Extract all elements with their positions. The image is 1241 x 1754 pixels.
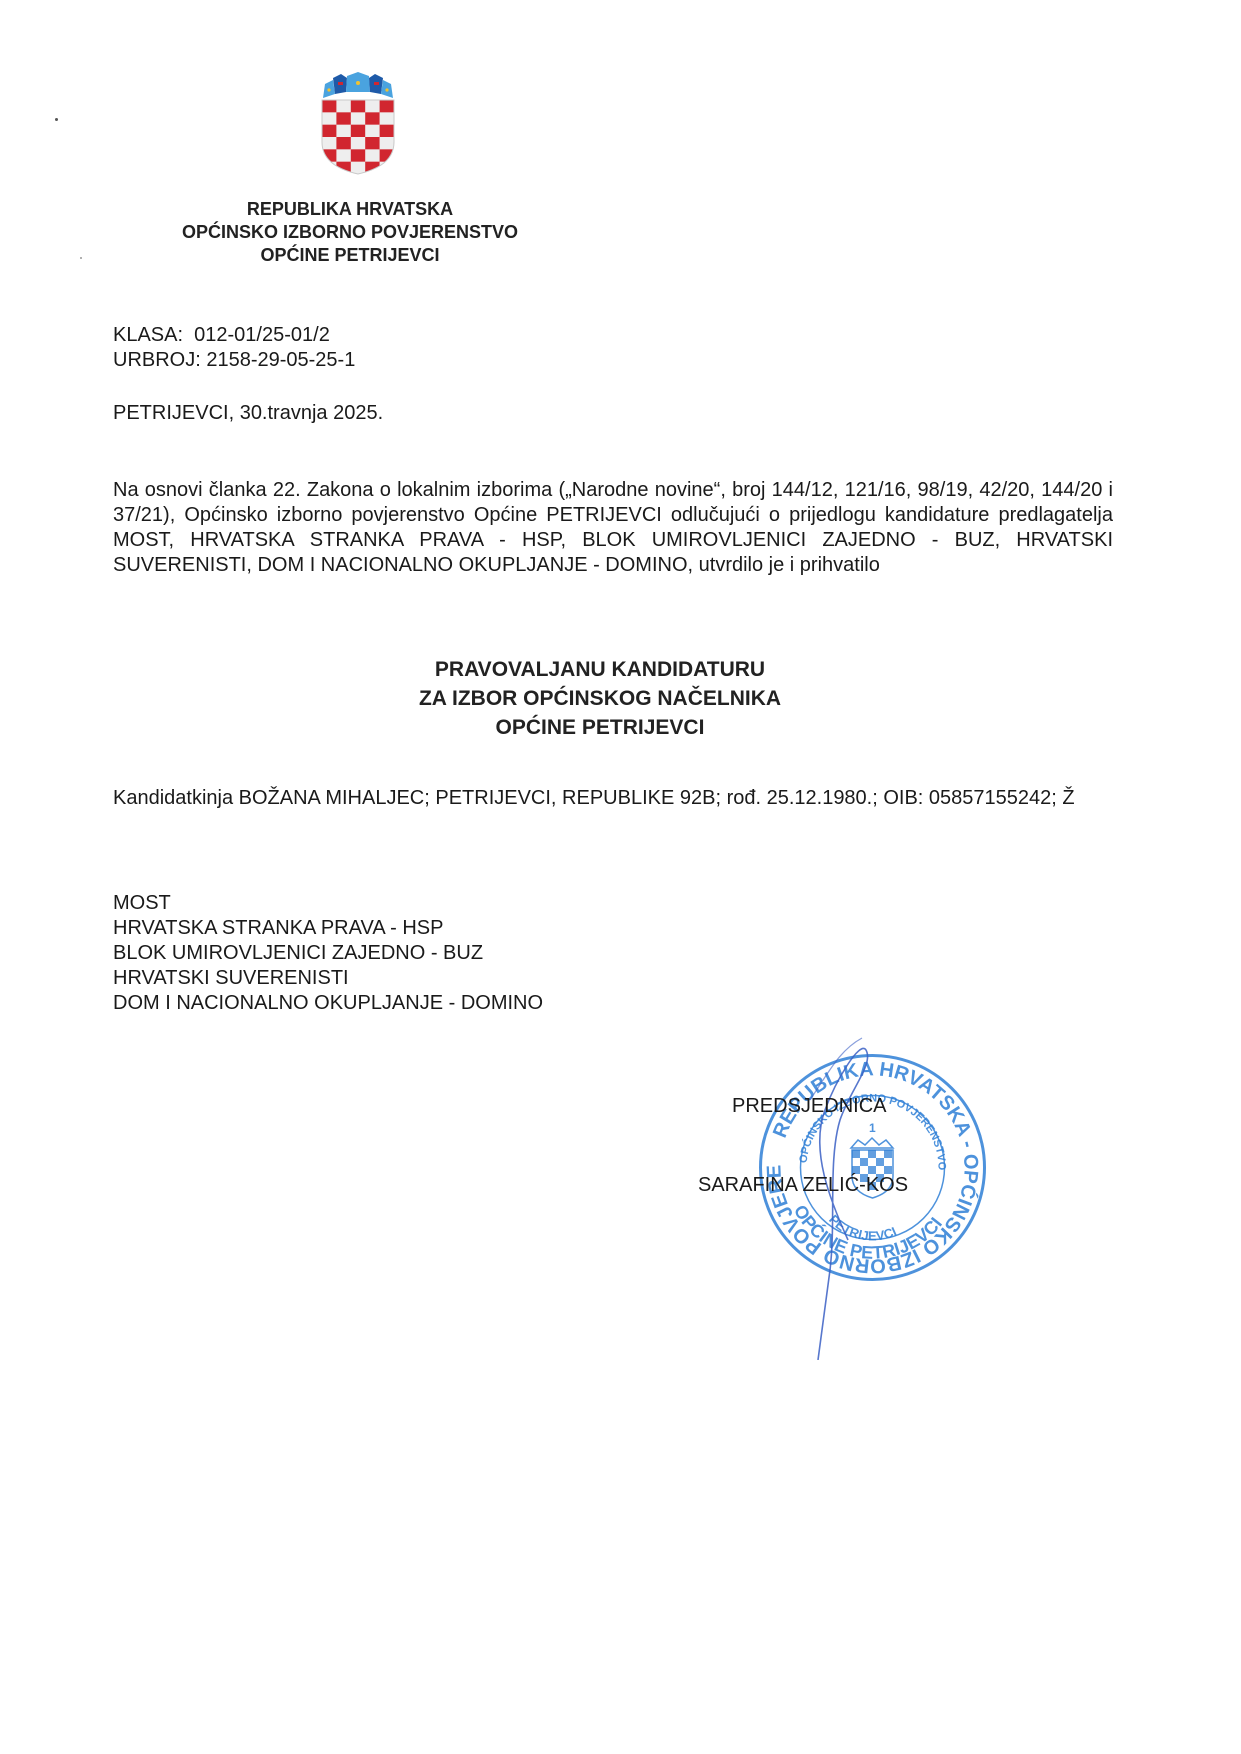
proposer-item: HRVATSKA STRANKA PRAVA - HSP xyxy=(113,916,543,941)
scan-speck xyxy=(55,118,58,121)
klasa-number: KLASA: 012-01/25-01/2 xyxy=(113,323,355,348)
signatory-name: SARAFINA ZELIĆ-KOS xyxy=(698,1174,908,1197)
croatian-coat-of-arms-icon xyxy=(319,72,397,176)
urbroj-number: URBROJ: 2158-29-05-25-1 xyxy=(113,348,355,373)
proposer-list: MOST HRVATSKA STRANKA PRAVA - HSP BLOK U… xyxy=(113,891,543,1016)
proposer-item: MOST xyxy=(113,891,543,916)
place-and-date: PETRIJEVCI, 30.travnja 2025. xyxy=(113,401,383,426)
title-line-2: ZA IZBOR OPĆINSKOG NAČELNIKA xyxy=(320,684,880,713)
scan-speck xyxy=(80,257,82,259)
header-line-country: REPUBLIKA HRVATSKA xyxy=(140,198,560,221)
reference-block: KLASA: 012-01/25-01/2 URBROJ: 2158-29-05… xyxy=(113,323,355,373)
header-line-commission: OPĆINSKO IZBORNO POVJERENSTVO xyxy=(140,221,560,244)
decision-title: PRAVOVALJANU KANDIDATURU ZA IZBOR OPĆINS… xyxy=(320,655,880,742)
proposer-item: HRVATSKI SUVERENISTI xyxy=(113,966,543,991)
proposer-item: DOM I NACIONALNO OKUPLJANJE - DOMINO xyxy=(113,991,543,1016)
proposer-item: BLOK UMIROVLJENICI ZAJEDNO - BUZ xyxy=(113,941,543,966)
header-line-municipality: OPĆINE PETRIJEVCI xyxy=(140,244,560,267)
legal-basis-paragraph: Na osnovi članka 22. Zakona o lokalnim i… xyxy=(113,478,1113,578)
candidate-details: Kandidatkinja BOŽANA MIHALJEC; PETRIJEVC… xyxy=(113,786,1113,811)
signatory-role: PREDSJEDNICA xyxy=(732,1095,886,1118)
title-line-3: OPĆINE PETRIJEVCI xyxy=(320,713,880,742)
issuer-header: REPUBLIKA HRVATSKA OPĆINSKO IZBORNO POVJ… xyxy=(140,198,560,267)
title-line-1: PRAVOVALJANU KANDIDATURU xyxy=(320,655,880,684)
